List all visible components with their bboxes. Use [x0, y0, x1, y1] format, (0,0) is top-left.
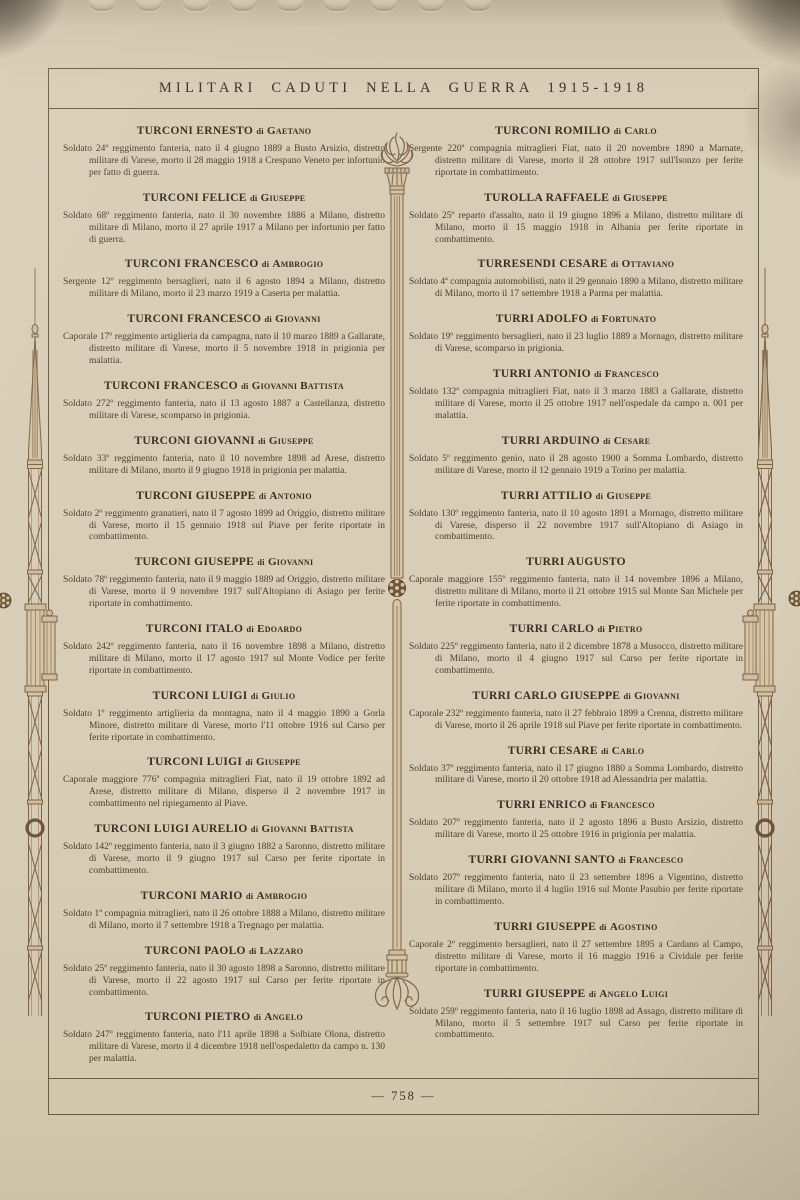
soldier-name-heading: TURCONI LUIGI di Giulio [63, 690, 385, 703]
father-name: Ottaviano [622, 258, 675, 270]
soldier-name-heading: TURRI AUGUSTO [409, 556, 743, 569]
soldier-entry: TURRI CESARE di Carlo Soldato 37º reggim… [409, 745, 743, 788]
soldier-entry: TURCONI PIETRO di Angelo Soldato 247º re… [63, 1011, 385, 1066]
soldier-entry: TURRI CARLO di Pietro Soldato 225º reggi… [409, 623, 743, 678]
father-name: Giovanni [275, 313, 320, 325]
father-name: Giulio [261, 690, 295, 702]
father-name: Carlo [624, 125, 657, 137]
soldier-entry: TURCONI FRANCESCO di Ambrogio Sergente 1… [63, 258, 385, 301]
soldier-name-heading: TURRI GIUSEPPE di Angelo Luigi [409, 988, 743, 1001]
soldier-record-text: Sergente 12º reggimento bersaglieri, nat… [63, 277, 385, 301]
emboss-dot [135, 0, 163, 11]
soldier-entry: TURCONI ROMILIO di Carlo Sergente 220ª c… [409, 125, 743, 180]
emboss-dot [229, 0, 257, 11]
patronymic-prefix: di [259, 491, 267, 501]
father-name: Francesco [605, 368, 659, 380]
soldier-entry: TURRESENDI CESARE di Ottaviano Soldato 4… [409, 258, 743, 301]
soldier-name: TURRI ANTONIO [493, 368, 591, 380]
soldier-name-heading: TURCONI GIUSEPPE di Giovanni [63, 556, 385, 569]
father-name: Ambrogio [272, 258, 323, 270]
soldier-name: TURRESENDI CESARE [478, 258, 608, 270]
right-column: TURCONI ROMILIO di Carlo Sergente 220ª c… [409, 119, 743, 1078]
soldier-name: TURRI CARLO [510, 623, 595, 635]
soldier-name: TURCONI GIUSEPPE [136, 490, 256, 502]
father-name: Lazzaro [260, 945, 304, 957]
father-name: Francesco [601, 799, 655, 811]
soldier-name-heading: TURCONI LUIGI AURELIO di Giovanni Battis… [63, 823, 385, 836]
soldier-entry: TURRI ARDUINO di Cesare Soldato 5º reggi… [409, 435, 743, 478]
soldier-record-text: Soldato 242º reggimento fanteria, nato i… [63, 642, 385, 678]
soldier-name-heading: TURCONI ERNESTO di Gaetano [63, 125, 385, 138]
soldier-name-heading: TURCONI ROMILIO di Carlo [409, 125, 743, 138]
father-name: Gaetano [267, 125, 311, 137]
soldier-name: TUROLLA RAFFAELE [484, 192, 609, 204]
soldier-entry: TURRI ANTONIO di Francesco Soldato 132ª … [409, 368, 743, 423]
father-name: Giuseppe [256, 756, 301, 768]
patronymic-prefix: di [257, 557, 265, 567]
scanned-page-photo: MILITARI CADUTI NELLA GUERRA 1915-1918 T… [0, 0, 800, 1200]
patronymic-prefix: di [258, 436, 266, 446]
patronymic-prefix: di [603, 436, 611, 446]
soldier-name-heading: TUROLLA RAFFAELE di Giuseppe [409, 192, 743, 205]
father-name: Giuseppe [261, 192, 306, 204]
soldier-record-text: Soldato 272º reggimento fanteria, nato i… [63, 399, 385, 423]
soldier-record-text: Soldato 25º reggimento fanteria, nato il… [63, 964, 385, 1000]
soldier-name: TURCONI FELICE [143, 192, 247, 204]
page-header: MILITARI CADUTI NELLA GUERRA 1915-1918 [49, 69, 758, 109]
soldier-record-text: Soldato 207º reggimento fanteria, nato i… [409, 818, 743, 842]
soldier-name: TURCONI MARIO [141, 890, 243, 902]
father-name: Francesco [629, 854, 683, 866]
father-name: Giuseppe [623, 192, 668, 204]
soldier-name-heading: TURRI CESARE di Carlo [409, 745, 743, 758]
father-name: Giuseppe [269, 435, 314, 447]
soldier-entry: TURRI ENRICO di Francesco Soldato 207º r… [409, 799, 743, 842]
soldier-record-text: Caporale maggiore 776ª compagnia mitragl… [63, 775, 385, 811]
emboss-dot [276, 0, 304, 11]
patronymic-prefix: di [589, 989, 597, 999]
patronymic-prefix: di [251, 691, 259, 701]
soldier-record-text: Caporale maggiore 155º reggimento fanter… [409, 575, 743, 611]
father-name: Angelo Luigi [599, 988, 668, 1000]
patronymic-prefix: di [611, 259, 619, 269]
soldier-record-text: Soldato 132ª compagnia mitraglieri Fiat,… [409, 387, 743, 423]
soldier-record-text: Soldato 68º reggimento fanteria, nato il… [63, 211, 385, 247]
father-name: Giuseppe [606, 490, 651, 502]
father-name: Edoardo [257, 623, 302, 635]
patronymic-prefix: di [250, 193, 258, 203]
soldier-record-text: Caporale 232º reggimento fanteria, nato … [409, 709, 743, 733]
soldier-name: TURCONI GIUSEPPE [135, 556, 255, 568]
emboss-dot [370, 0, 398, 11]
soldier-name-heading: TURRI ATTILIO di Giuseppe [409, 490, 743, 503]
soldier-name-heading: TURCONI ITALO di Edoardo [63, 623, 385, 636]
soldier-record-text: Soldato 2º reggimento granatieri, nato i… [63, 509, 385, 545]
soldier-name-heading: TURCONI FELICE di Giuseppe [63, 192, 385, 205]
soldier-entry: TURCONI GIUSEPPE di Antonio Soldato 2º r… [63, 490, 385, 545]
soldier-record-text: Soldato 25º reparto d'assalto, nato il 1… [409, 211, 743, 247]
father-name: Angelo [264, 1011, 303, 1023]
soldier-record-text: Caporale 17º reggimento artiglieria da c… [63, 332, 385, 368]
soldier-name: TURCONI ITALO [146, 623, 243, 635]
soldier-entry: TUROLLA RAFFAELE di Giuseppe Soldato 25º… [409, 192, 743, 247]
soldier-name: TURCONI PIETRO [145, 1011, 250, 1023]
soldier-entry: TURCONI PAOLO di Lazzaro Soldato 25º reg… [63, 945, 385, 1000]
soldier-name-heading: TURRI ANTONIO di Francesco [409, 368, 743, 381]
soldier-name: TURRI ATTILIO [501, 490, 593, 502]
soldier-name-heading: TURCONI FRANCESCO di Giovanni Battista [63, 380, 385, 393]
soldier-record-text: Soldato 142º reggimento fanteria, nato i… [63, 842, 385, 878]
rosette-medallion-icon [0, 592, 12, 609]
father-name: Giovanni Battista [252, 380, 344, 392]
page-frame: MILITARI CADUTI NELLA GUERRA 1915-1918 T… [48, 68, 759, 1115]
soldier-name: TURCONI FRANCESCO [104, 380, 238, 392]
soldier-entry: TURCONI MARIO di Ambrogio Soldato 1ª com… [63, 890, 385, 933]
soldier-entry: TURCONI FRANCESCO di Giovanni Caporale 1… [63, 313, 385, 368]
patronymic-prefix: di [618, 855, 626, 865]
soldier-name: TURCONI ROMILIO [495, 125, 610, 137]
soldier-entry: TURCONI FELICE di Giuseppe Soldato 68º r… [63, 192, 385, 247]
patronymic-prefix: di [249, 946, 257, 956]
soldier-entry: TURRI AUGUSTO Caporale maggiore 155º reg… [409, 556, 743, 611]
soldier-entry: TURRI ATTILIO di Giuseppe Soldato 130º r… [409, 490, 743, 545]
patronymic-prefix: di [596, 491, 604, 501]
soldier-entry: TURRI GIUSEPPE di Angelo Luigi Soldato 2… [409, 988, 743, 1043]
soldier-name-heading: TURRI GIOVANNI SANTO di Francesco [409, 854, 743, 867]
patronymic-prefix: di [601, 746, 609, 756]
soldier-record-text: Soldato 33º reggimento fanteria, nato il… [63, 454, 385, 478]
soldier-record-text: Soldato 24º reggimento fanteria, nato il… [63, 144, 385, 180]
soldier-entry: TURCONI LUIGI di Giuseppe Caporale maggi… [63, 756, 385, 811]
soldier-entry: TURCONI FRANCESCO di Giovanni Battista S… [63, 380, 385, 423]
soldier-name: TURRI GIUSEPPE [484, 988, 586, 1000]
soldier-entry: TURCONI LUIGI di Giulio Soldato 1º reggi… [63, 690, 385, 745]
soldier-name: TURCONI ERNESTO [137, 125, 253, 137]
patronymic-prefix: di [591, 314, 599, 324]
father-name: Ambrogio [257, 890, 308, 902]
father-name: Agostino [610, 921, 658, 933]
father-name: Pietro [608, 623, 642, 635]
soldier-record-text: Soldato 130º reggimento fanteria, nato i… [409, 509, 743, 545]
soldier-record-text: Caporale 2º reggimento bersaglieri, nato… [409, 940, 743, 976]
soldier-name-heading: TURRI GIUSEPPE di Agostino [409, 921, 743, 934]
rosette-medallion-icon [788, 590, 800, 607]
soldier-name-heading: TURCONI FRANCESCO di Giovanni [63, 313, 385, 326]
soldier-name: TURCONI FRANCESCO [125, 258, 259, 270]
soldier-record-text: Soldato 1º reggimento artiglieria da mon… [63, 709, 385, 745]
soldier-name-heading: TURRI CARLO di Pietro [409, 623, 743, 636]
patronymic-prefix: di [262, 259, 270, 269]
soldier-name-heading: TURRI ARDUINO di Cesare [409, 435, 743, 448]
soldier-entry: TURRI GIOVANNI SANTO di Francesco Soldat… [409, 854, 743, 909]
soldier-record-text: Soldato 207º reggimento fanteria, nato i… [409, 873, 743, 909]
patronymic-prefix: di [594, 369, 602, 379]
father-name: Antonio [270, 490, 312, 502]
soldier-record-text: Soldato 259º reggimento fanteria, nato i… [409, 1007, 743, 1043]
soldier-name-heading: TURCONI PAOLO di Lazzaro [63, 945, 385, 958]
soldier-entry: TURCONI ITALO di Edoardo Soldato 242º re… [63, 623, 385, 678]
emboss-dot [182, 0, 210, 11]
father-name: Cesare [614, 435, 650, 447]
soldier-name: TURCONI LUIGI AURELIO [94, 823, 247, 835]
binding-emboss-dots [88, 0, 492, 14]
emboss-dot [417, 0, 445, 11]
soldier-record-text: Soldato 1ª compagnia mitraglieri, nato i… [63, 909, 385, 933]
soldier-record-text: Soldato 78º reggimento fanteria, nato il… [63, 575, 385, 611]
patronymic-prefix: di [264, 314, 272, 324]
father-name: Giovanni [268, 556, 313, 568]
soldier-name-heading: TURCONI MARIO di Ambrogio [63, 890, 385, 903]
patronymic-prefix: di [256, 126, 264, 136]
soldier-entry: TURRI ADOLFO di Fortunato Soldato 19º re… [409, 313, 743, 356]
left-column: TURCONI ERNESTO di Gaetano Soldato 24º r… [63, 119, 385, 1078]
soldier-name: TURRI ENRICO [497, 799, 587, 811]
soldier-name: TURRI CARLO GIUSEPPE [472, 690, 620, 702]
soldier-name-heading: TURCONI FRANCESCO di Ambrogio [63, 258, 385, 271]
soldier-name-heading: TURRI ADOLFO di Fortunato [409, 313, 743, 326]
patronymic-prefix: di [246, 891, 254, 901]
soldier-name: TURCONI GIOVANNI [134, 435, 255, 447]
patronymic-prefix: di [251, 824, 259, 834]
patronymic-prefix: di [241, 381, 249, 391]
soldier-name: TURRI CESARE [508, 745, 598, 757]
father-name: Giovanni Battista [261, 823, 353, 835]
soldier-record-text: Soldato 37º reggimento fanteria, nato il… [409, 764, 743, 788]
patronymic-prefix: di [246, 624, 254, 634]
soldier-name: TURRI AUGUSTO [526, 556, 626, 568]
soldier-record-text: Soldato 19º reggimento bersaglieri, nato… [409, 332, 743, 356]
emboss-dot [323, 0, 351, 11]
soldier-name-heading: TURCONI PIETRO di Angelo [63, 1011, 385, 1024]
father-name: Fortunato [602, 313, 657, 325]
soldier-record-text: Soldato 225º reggimento fanteria, nato i… [409, 642, 743, 678]
soldier-name-heading: TURCONI GIOVANNI di Giuseppe [63, 435, 385, 448]
soldier-name: TURRI GIUSEPPE [494, 921, 596, 933]
page-title: MILITARI CADUTI NELLA GUERRA 1915-1918 [159, 80, 648, 97]
soldier-name: TURCONI LUIGI [147, 756, 242, 768]
soldier-entry: TURRI GIUSEPPE di Agostino Caporale 2º r… [409, 921, 743, 976]
soldier-name-heading: TURRI ENRICO di Francesco [409, 799, 743, 812]
father-name: Carlo [612, 745, 645, 757]
soldier-record-text: Sergente 220ª compagnia mitraglieri Fiat… [409, 144, 743, 180]
patronymic-prefix: di [599, 922, 607, 932]
soldier-name-heading: TURCONI GIUSEPPE di Antonio [63, 490, 385, 503]
soldier-entry: TURCONI GIOVANNI di Giuseppe Soldato 33º… [63, 435, 385, 478]
patronymic-prefix: di [623, 691, 631, 701]
soldier-name-heading: TURRI CARLO GIUSEPPE di Giovanni [409, 690, 743, 703]
soldier-record-text: Soldato 247º reggimento fanteria, nato l… [63, 1030, 385, 1066]
emboss-dot [464, 0, 492, 11]
emboss-dot [88, 0, 116, 11]
soldier-name: TURCONI FRANCESCO [127, 313, 261, 325]
soldier-entry: TURCONI ERNESTO di Gaetano Soldato 24º r… [63, 125, 385, 180]
soldier-name: TURRI ADOLFO [496, 313, 588, 325]
soldier-name: TURRI GIOVANNI SANTO [468, 854, 615, 866]
page-number: — 758 — [372, 1089, 436, 1104]
soldier-name: TURRI ARDUINO [502, 435, 600, 447]
soldier-entry: TURRI CARLO GIUSEPPE di Giovanni Caporal… [409, 690, 743, 733]
soldier-entry: TURCONI GIUSEPPE di Giovanni Soldato 78º… [63, 556, 385, 611]
patronymic-prefix: di [590, 800, 598, 810]
patronymic-prefix: di [612, 193, 620, 203]
soldier-name-heading: TURRESENDI CESARE di Ottaviano [409, 258, 743, 271]
patronymic-prefix: di [614, 126, 622, 136]
soldier-entry: TURCONI LUIGI AURELIO di Giovanni Battis… [63, 823, 385, 878]
patronymic-prefix: di [254, 1012, 262, 1022]
patronymic-prefix: di [245, 757, 253, 767]
page-footer: — 758 — [49, 1078, 758, 1114]
soldier-name: TURCONI PAOLO [145, 945, 246, 957]
father-name: Giovanni [634, 690, 679, 702]
soldier-record-text: Soldato 5º reggimento genio, nato il 28 … [409, 454, 743, 478]
soldier-record-text: Soldato 4ª compagnia automobilisti, nato… [409, 277, 743, 301]
patronymic-prefix: di [597, 624, 605, 634]
soldier-name: TURCONI LUIGI [153, 690, 248, 702]
soldier-name-heading: TURCONI LUIGI di Giuseppe [63, 756, 385, 769]
